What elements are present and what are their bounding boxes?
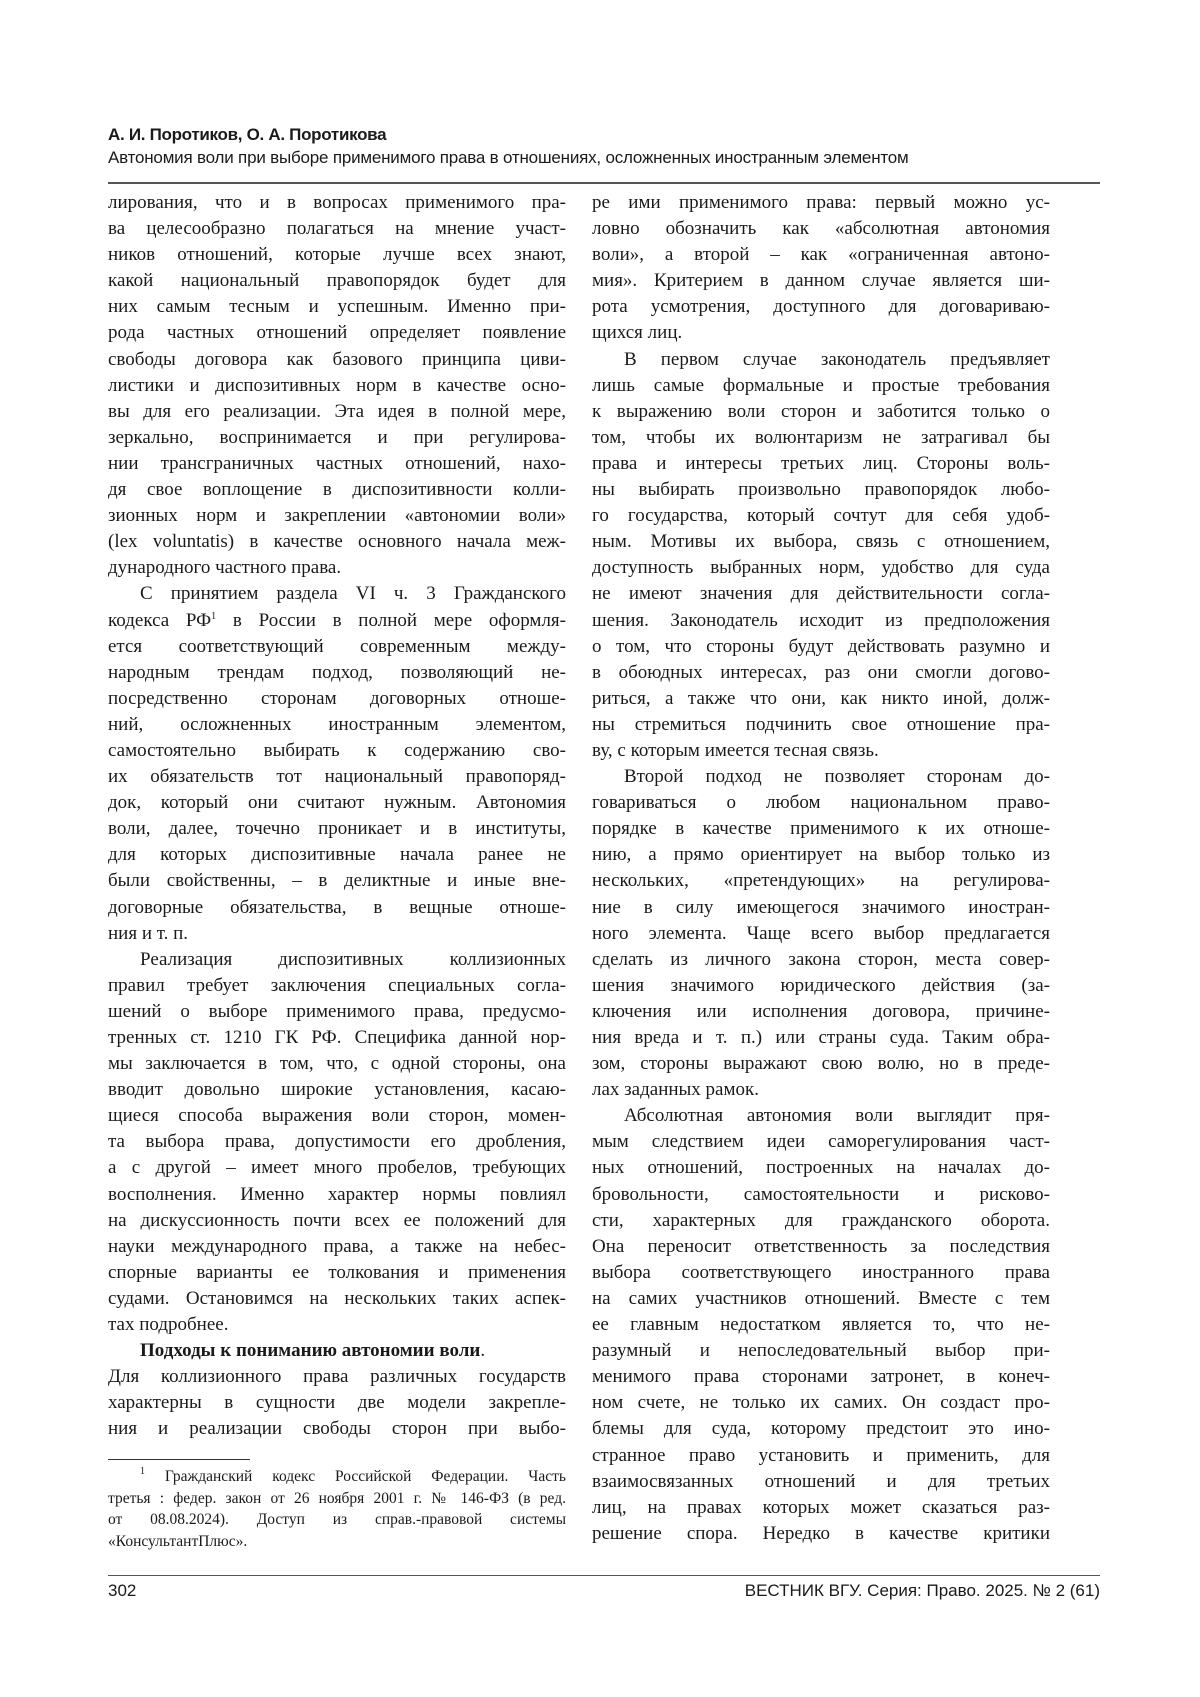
text-line: мы заключается в том, что, с одной сторо…	[108, 1051, 566, 1077]
text-line: на самих участников отношений. Вместе с …	[592, 1286, 1050, 1312]
text-line: воли, далее, точечно проникает и в инсти…	[108, 816, 566, 842]
footnote-separator	[108, 1459, 250, 1460]
section-heading: Подходы к пониманию автономии воли	[140, 1340, 480, 1361]
running-header: А. И. Поротиков, О. А. Поротикова Автоно…	[108, 124, 1100, 170]
text-line: решение спора. Нередко в качестве критик…	[592, 1521, 1050, 1547]
text-line-with-footnote-ref: кодекса РФ1 в России в полной мере оформ…	[108, 608, 566, 634]
text-line: свободы договора как базового принципа ц…	[108, 347, 566, 373]
left-column: лирования, что и в вопросах применимого …	[108, 190, 566, 1443]
text-line: посредственно сторонам договорных отноше…	[108, 686, 566, 712]
text-line: ны стремиться подчинить свое отношение п…	[592, 712, 1050, 738]
heading-period: .	[480, 1340, 485, 1361]
footnote-text: Гражданский кодекс Российской Федерации.…	[145, 1468, 566, 1485]
text-line: правил требует заключения специальных со…	[108, 973, 566, 999]
text-line: ном счете, не только их самих. Он создас…	[592, 1390, 1050, 1416]
text-line: нию, а прямо ориентирует на выбор только…	[592, 842, 1050, 868]
text-fragment: кодекса РФ	[108, 610, 211, 631]
text-line: ния вреда и т. п.) или страны суда. Таки…	[592, 1025, 1050, 1051]
text-line: выбора соответствующего иностранного пра…	[592, 1260, 1050, 1286]
paragraph-start-line: Реализация диспозитивных коллизионных	[108, 947, 566, 973]
footnote-line: «КонсультантПлюс».	[108, 1531, 566, 1553]
text-line: спорные варианты ее толкования и примене…	[108, 1260, 566, 1286]
text-line: были свойственны, – в деликтные и иные в…	[108, 868, 566, 894]
text-line: о том, что стороны будут действовать раз…	[592, 634, 1050, 660]
text-line: сти, характерных для гражданского оборот…	[592, 1208, 1050, 1234]
text-line: шения. Законодатель исходит из предполож…	[592, 608, 1050, 634]
text-line: зеркально, воспринимается и при регулиро…	[108, 425, 566, 451]
footnote: 1 Гражданский кодекс Российской Федераци…	[108, 1466, 566, 1552]
footnote-line: 1 Гражданский кодекс Российской Федераци…	[108, 1466, 566, 1488]
text-line: ву, с которым имеется тесная связь.	[592, 738, 1050, 764]
text-line: нии трансграничных частных отношений, на…	[108, 451, 566, 477]
text-line: восполнения. Именно характер нормы повли…	[108, 1182, 566, 1208]
text-line: риться, а также что они, как никто иной,…	[592, 686, 1050, 712]
text-fragment: в России в полной мере оформля-	[216, 610, 566, 631]
text-line: го государства, который сочтут для себя …	[592, 503, 1050, 529]
text-line: доступность выбранных норм, удобство для…	[592, 555, 1050, 581]
text-line: щиеся способа выражения воли сторон, мом…	[108, 1103, 566, 1129]
section-heading-line: Подходы к пониманию автономии воли.	[108, 1338, 566, 1364]
text-line: лирования, что и в вопросах применимого …	[108, 190, 566, 216]
paragraph-start-line: Второй подход не позволяет сторонам до-	[592, 764, 1050, 790]
text-line: дя свое воплощение в диспозитивности кол…	[108, 477, 566, 503]
text-line: рода частных отношений определяет появле…	[108, 320, 566, 346]
text-line: а с другой – имеет много пробелов, требу…	[108, 1155, 566, 1181]
text-line: ется соответствующий современным между-	[108, 634, 566, 660]
text-line: характерны в сущности две модели закрепл…	[108, 1390, 566, 1416]
text-line: менимого права сторонами затронет, в кон…	[592, 1364, 1050, 1390]
text-line: народным трендам подход, позволяющий не-	[108, 660, 566, 686]
text-line: шения значимого юридического действия (з…	[592, 973, 1050, 999]
text-line: том, чтобы их волюнтаризм не затрагивал …	[592, 425, 1050, 451]
text-line: шений о выборе применимого права, предус…	[108, 999, 566, 1025]
text-line: какой национальный правопорядок будет дл…	[108, 268, 566, 294]
text-line: права и интересы третьих лиц. Стороны во…	[592, 451, 1050, 477]
header-article-title: Автономия воли при выборе применимого пр…	[108, 146, 1100, 170]
text-line: науки международного права, а также на н…	[108, 1234, 566, 1260]
text-line: блемы для суда, которому предстоит это и…	[592, 1416, 1050, 1442]
text-line: док, который они считают нужным. Автоном…	[108, 790, 566, 816]
text-line: нескольких, «претендующих» на регулирова…	[592, 868, 1050, 894]
text-line: листики и диспозитивных норм в качестве …	[108, 373, 566, 399]
text-line: (lex voluntatis) в качестве основного на…	[108, 529, 566, 555]
text-line: вводит довольно широкие установления, ка…	[108, 1077, 566, 1103]
text-line: порядке в качестве применимого к их отно…	[592, 816, 1050, 842]
text-line: тах подробнее.	[108, 1312, 566, 1338]
text-line: мия». Критерием в данном случае является…	[592, 268, 1050, 294]
text-line: ников отношений, которые лучше всех знаю…	[108, 242, 566, 268]
footnote-line: от 08.08.2024). Доступ из справ.-правово…	[108, 1509, 566, 1531]
text-line: странное право установить и применить, д…	[592, 1443, 1050, 1469]
text-line: ния и реализации свободы сторон при выбо…	[108, 1416, 566, 1442]
text-line: ний, осложненных иностранным элементом,	[108, 712, 566, 738]
text-line: к выражению воли сторон и заботится толь…	[592, 399, 1050, 425]
text-line: ния и т. п.	[108, 921, 566, 947]
footnote-line: третья : федер. закон от 26 ноября 2001 …	[108, 1488, 566, 1510]
text-line: сделать из личного закона сторон, места …	[592, 947, 1050, 973]
text-line: ных отношений, построенных на началах до…	[592, 1155, 1050, 1181]
text-line: для которых диспозитивные начала ранее н…	[108, 842, 566, 868]
text-line: тренных ст. 1210 ГК РФ. Специфика данной…	[108, 1025, 566, 1051]
page-number: 302	[108, 1581, 136, 1601]
text-line: них самым тесным и успешным. Именно при-	[108, 294, 566, 320]
text-line: зионных норм и закреплении «автономии во…	[108, 503, 566, 529]
text-line: их обязательств тот национальный правопо…	[108, 764, 566, 790]
text-line: в обоюдных интересах, раз они смогли дог…	[592, 660, 1050, 686]
header-authors: А. И. Поротиков, О. А. Поротикова	[108, 124, 1100, 146]
paragraph-start-line: С принятием раздела VI ч. 3 Гражданского	[108, 581, 566, 607]
paragraph-start-line: В первом случае законодатель предъявляет	[592, 347, 1050, 373]
footer-rule	[108, 1575, 1100, 1576]
text-line: ного элемента. Чаще всего выбор предлага…	[592, 921, 1050, 947]
text-line: ны выбирать произвольно правопорядок люб…	[592, 477, 1050, 503]
text-line: взаимосвязанных отношений и для третьих	[592, 1469, 1050, 1495]
text-line: ловно обозначить как «абсолютная автоном…	[592, 216, 1050, 242]
text-line: та выбора права, допустимости его дробле…	[108, 1129, 566, 1155]
text-line: щихся лиц.	[592, 320, 1050, 346]
text-line: говариваться о любом национальном право-	[592, 790, 1050, 816]
text-line: договорные обязательства, в вещные отнош…	[108, 895, 566, 921]
text-line: ным. Мотивы их выбора, связь с отношение…	[592, 529, 1050, 555]
text-line: Для коллизионного права различных госуда…	[108, 1364, 566, 1390]
text-line: рота усмотрения, доступного для договари…	[592, 294, 1050, 320]
text-line: лах заданных рамок.	[592, 1077, 1050, 1103]
text-line: дународного частного права.	[108, 555, 566, 581]
journal-citation: ВЕСТНИК ВГУ. Серия: Право. 2025. № 2 (61…	[745, 1581, 1100, 1601]
paragraph-start-line: Абсолютная автономия воли выглядит пря-	[592, 1103, 1050, 1129]
text-line: самостоятельно выбирать к содержанию сво…	[108, 738, 566, 764]
text-line: воли», а второй – как «ограниченная авто…	[592, 242, 1050, 268]
text-line: лишь самые формальные и простые требован…	[592, 373, 1050, 399]
text-line: бровольности, самостоятельности и рисков…	[592, 1182, 1050, 1208]
text-line: лиц, на правах которых может сказаться р…	[592, 1495, 1050, 1521]
text-line: ре ими применимого права: первый можно у…	[592, 190, 1050, 216]
text-line: судами. Остановимся на нескольких таких …	[108, 1286, 566, 1312]
text-line: разумный и непоследовательный выбор при-	[592, 1338, 1050, 1364]
text-line: ключения или исполнения договора, причин…	[592, 999, 1050, 1025]
text-line: Она переносит ответственность за последс…	[592, 1234, 1050, 1260]
text-line: зом, стороны выражают свою волю, но в пр…	[592, 1051, 1050, 1077]
header-rule	[108, 182, 1100, 184]
text-line: ние в силу имеющегося значимого иностран…	[592, 895, 1050, 921]
text-line: мым следствием идеи саморегулирования ча…	[592, 1129, 1050, 1155]
text-line: не имеют значения для действительности с…	[592, 581, 1050, 607]
text-line: на дискуссионность почти всех ее положен…	[108, 1208, 566, 1234]
text-line: ее главным недостатком является то, что …	[592, 1312, 1050, 1338]
text-line: ва целесообразно полагаться на мнение уч…	[108, 216, 566, 242]
text-line: вы для его реализации. Эта идея в полной…	[108, 399, 566, 425]
right-column: ре ими применимого права: первый можно у…	[592, 190, 1050, 1547]
